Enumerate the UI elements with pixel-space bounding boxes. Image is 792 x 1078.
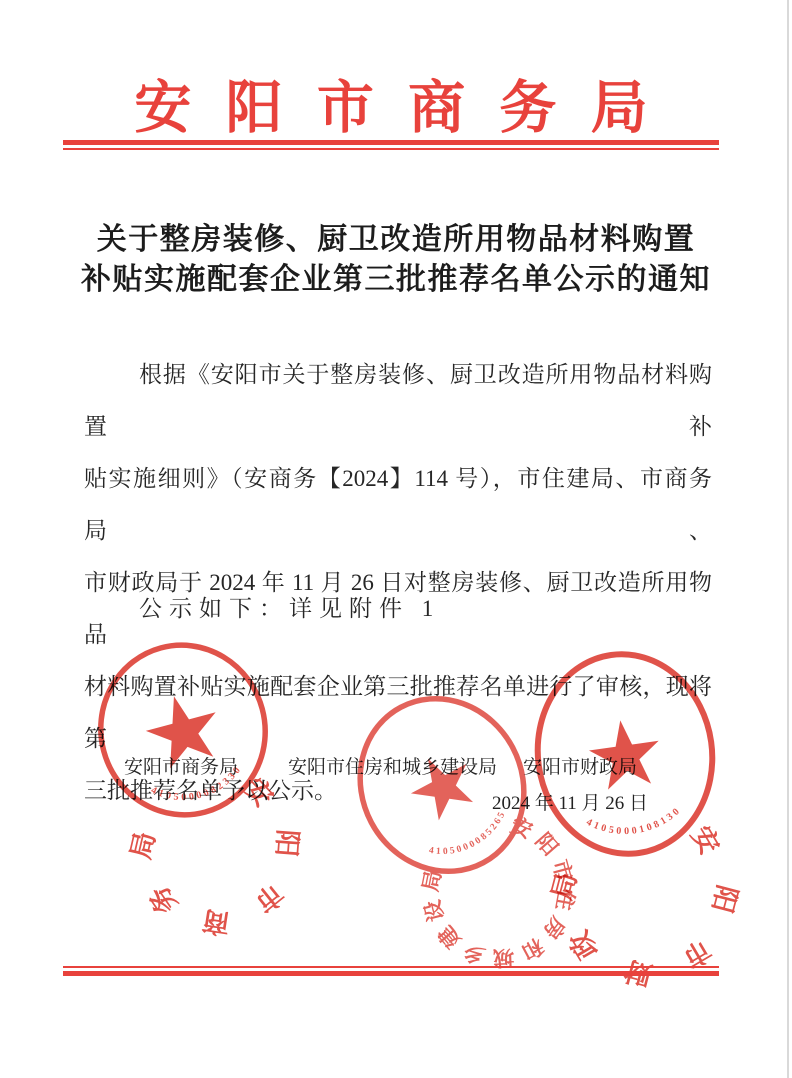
document-title-line-1: 关于整房装修、厨卫改造所用物品材料购置: [0, 220, 792, 260]
page-scan-edge: [787, 0, 789, 1078]
body-line: 贴实施细则》（安商务【2024】114 号），市住建局、市商务局、: [84, 453, 712, 557]
official-seal-finance-bureau: 安阳市财政局 4105000108130: [520, 638, 729, 869]
svg-text:4105000082330: 4105000082330: [147, 761, 250, 813]
masthead-divider: [63, 140, 719, 150]
footer-divider: [63, 966, 719, 976]
divider-thin-bar: [63, 148, 719, 150]
seal-code-text: 4105000082330: [147, 761, 250, 813]
document-title: 关于整房装修、厨卫改造所用物品材料购置 补贴实施配套企业第三批推荐名单公示的通知: [0, 220, 792, 300]
document-title-line-2: 补贴实施配套企业第三批推荐名单公示的通知: [0, 260, 792, 300]
star-icon: [585, 715, 664, 791]
star-icon: [139, 687, 227, 772]
attachment-note: 公示如下：详见附件 1: [84, 594, 712, 624]
star-icon: [400, 744, 483, 826]
scanned-official-document: 安 阳 市 商 务 局 关于整房装修、厨卫改造所用物品材料购置 补贴实施配套企业…: [0, 0, 792, 1078]
divider-thick-bar: [63, 971, 719, 976]
body-line: 根据《安阳市关于整房装修、厨卫改造所用物品材料购置补: [84, 349, 712, 453]
issuing-agency-masthead: 安 阳 市 商 务 局: [0, 62, 792, 144]
